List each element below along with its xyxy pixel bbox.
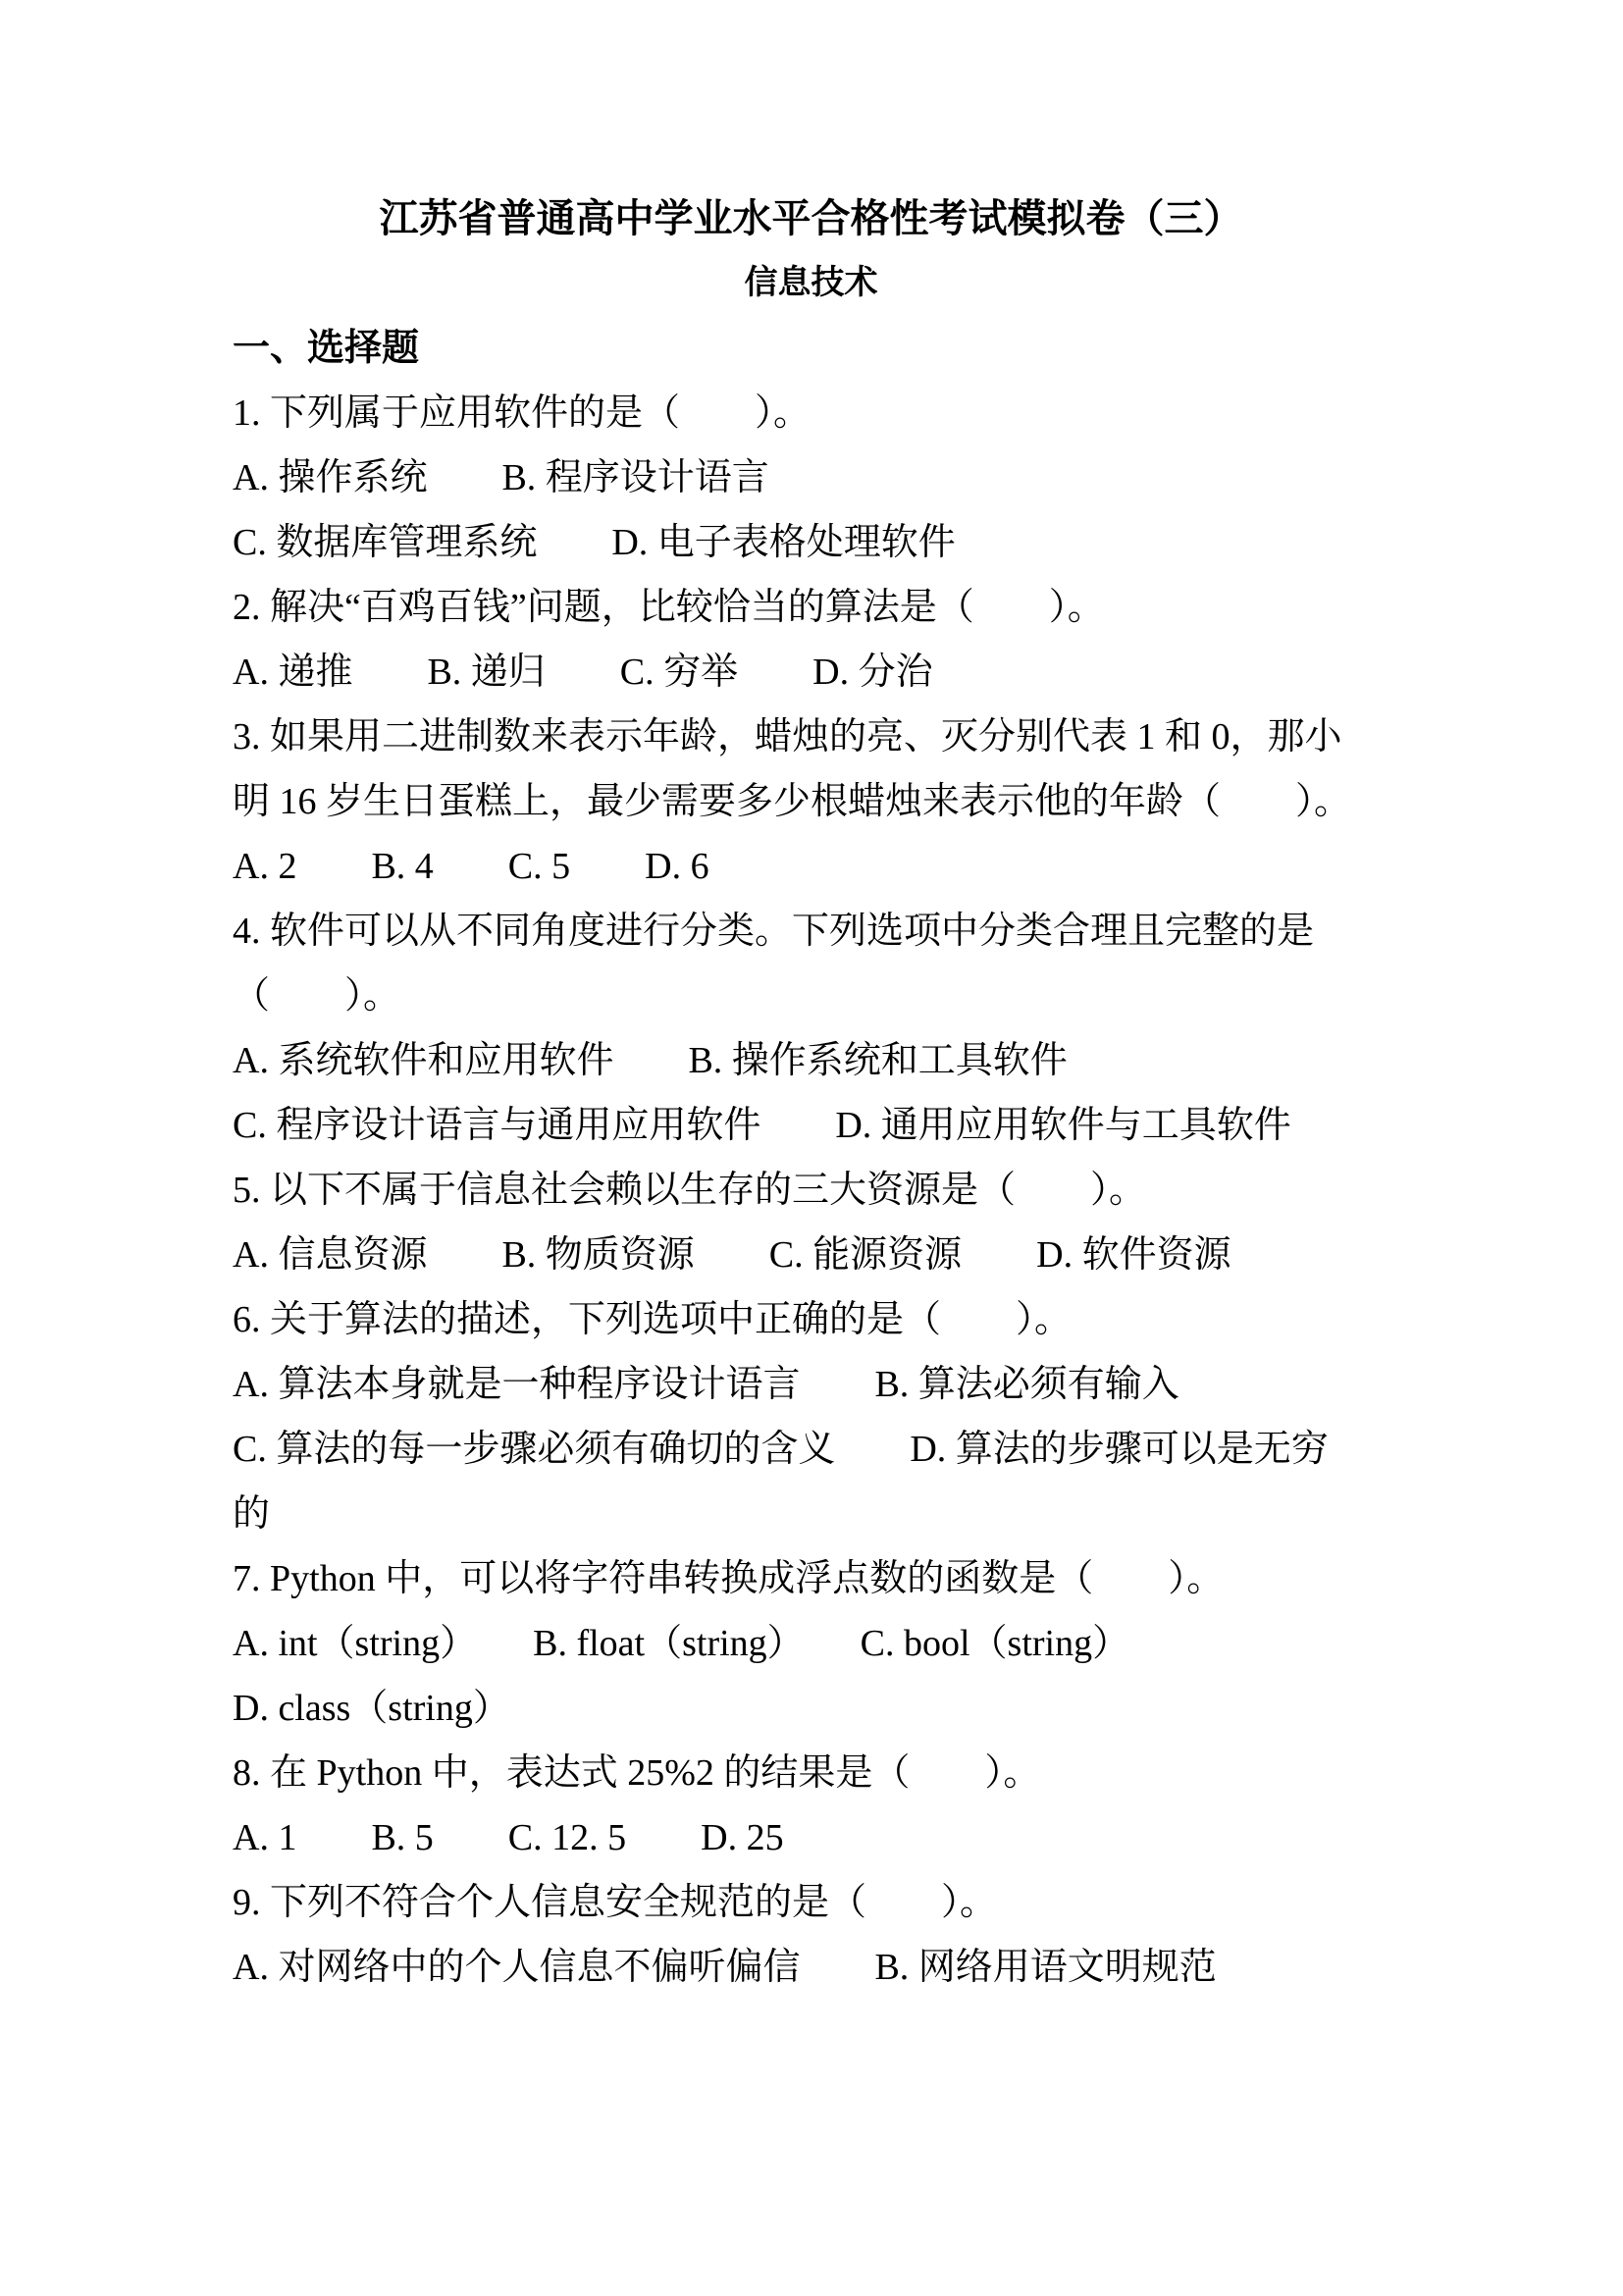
question-3-line-3: A. 2 B. 4 C. 5 D. 6: [233, 834, 1389, 899]
question-7-line-2: A. int（string） B. float（string） C. bool（…: [233, 1611, 1389, 1676]
question-4-line-3: A. 系统软件和应用软件 B. 操作系统和工具软件: [233, 1028, 1389, 1093]
question-1-line-1: 1. 下列属于应用软件的是（ ）。: [233, 381, 1389, 445]
question-7-line-3: D. class（string）: [233, 1676, 1389, 1741]
question-6-line-2: A. 算法本身就是一种程序设计语言 B. 算法必须有输入: [233, 1352, 1389, 1417]
question-7-line-1: 7. Python 中，可以将字符串转换成浮点数的函数是（ ）。: [233, 1546, 1389, 1611]
question-3-line-1: 3. 如果用二进制数来表示年龄，蜡烛的亮、灭分别代表 1 和 0，那小: [233, 704, 1389, 769]
question-8-line-2: A. 1 B. 5 C. 12. 5 D. 25: [233, 1805, 1389, 1870]
document-body: 一、选择题1. 下列属于应用软件的是（ ）。A. 操作系统 B. 程序设计语言C…: [233, 316, 1389, 2000]
question-4-line-2: （ ）。: [233, 964, 1389, 1028]
question-2-line-1: 2. 解决“百鸡百钱”问题，比较恰当的算法是（ ）。: [233, 575, 1389, 640]
question-9-line-1: 9. 下列不符合个人信息安全规范的是（ ）。: [233, 1870, 1389, 1935]
question-4-line-4: C. 程序设计语言与通用应用软件 D. 通用应用软件与工具软件: [233, 1093, 1389, 1158]
question-2-line-2: A. 递推 B. 递归 C. 穷举 D. 分治: [233, 640, 1389, 704]
question-5-line-1: 5. 以下不属于信息社会赖以生存的三大资源是（ ）。: [233, 1158, 1389, 1223]
section-heading-1: 一、选择题: [233, 316, 1389, 381]
question-1-line-2: A. 操作系统 B. 程序设计语言: [233, 445, 1389, 510]
question-6-line-1: 6. 关于算法的描述，下列选项中正确的是（ ）。: [233, 1287, 1389, 1352]
question-9-line-2: A. 对网络中的个人信息不偏听偏信 B. 网络用语文明规范: [233, 1935, 1389, 2000]
question-6-line-3: C. 算法的每一步骤必须有确切的含义 D. 算法的步骤可以是无穷: [233, 1417, 1389, 1482]
document-title: 江苏省普通高中学业水平合格性考试模拟卷（三）: [233, 186, 1389, 251]
exam-document-page: 江苏省普通高中学业水平合格性考试模拟卷（三） 信息技术 一、选择题1. 下列属于…: [0, 0, 1623, 2296]
document-subtitle: 信息技术: [233, 251, 1389, 316]
question-1-line-3: C. 数据库管理系统 D. 电子表格处理软件: [233, 510, 1389, 575]
question-8-line-1: 8. 在 Python 中，表达式 25%2 的结果是（ ）。: [233, 1741, 1389, 1805]
question-4-line-1: 4. 软件可以从不同角度进行分类。下列选项中分类合理且完整的是: [233, 899, 1389, 964]
question-5-line-2: A. 信息资源 B. 物质资源 C. 能源资源 D. 软件资源: [233, 1223, 1389, 1287]
question-3-line-2: 明 16 岁生日蛋糕上，最少需要多少根蜡烛来表示他的年龄（ ）。: [233, 769, 1389, 834]
question-6-line-4: 的: [233, 1482, 1389, 1546]
